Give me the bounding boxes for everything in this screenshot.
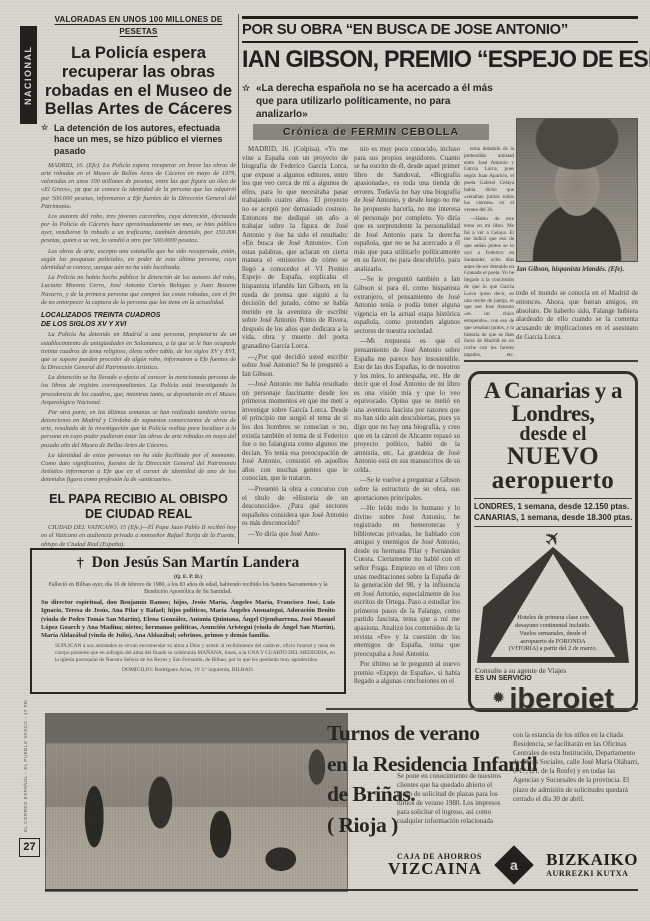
gibson-paragraph: —Se le vuelve a preguntar a Gibson sobre…: [354, 477, 460, 503]
caja-diamond-logo-icon: a: [494, 845, 534, 885]
gibson-standfirst-text: «La derecha española no se ha acercado a…: [256, 83, 493, 120]
caja-logo-line2: VIZCAINA: [388, 861, 482, 877]
police-paragraph: Las obras de arte, excepto una estatuill…: [41, 248, 236, 273]
iberojet-ad: A Canarias y a Londres, desde el NUEVO a…: [468, 371, 638, 712]
brinas-body-column-1: Se pone en conocimiento de nuestros clie…: [397, 772, 507, 827]
iberojet-prices: LONDRES, 1 semana, desde 12.150 ptas. CA…: [474, 498, 632, 527]
brinas-body-column-2: con la estancia de los niños en la citad…: [513, 731, 639, 804]
gibson-column-1: MADRID, 16. (Colpisa). «Yo me vine a Esp…: [242, 146, 348, 540]
gibson-kicker-rule: [242, 41, 638, 43]
obituary-title: † Don Jesús San Martín Landera: [41, 555, 335, 572]
star-icon: ☆: [41, 123, 48, 133]
obituary-box: † Don Jesús San Martín Landera (Q. E. P.…: [30, 548, 346, 694]
brinas-top-rule: [326, 708, 638, 710]
caja-vizcaina-logo: CAJA DE AHORROS VIZCAINA: [388, 852, 482, 877]
column-divider-rule: [238, 14, 239, 544]
price-londres: LONDRES, 1 semana, desde 12.150 ptas.: [474, 501, 632, 513]
gibson-paragraph: nio es muy poco conocido, incluso para s…: [354, 146, 460, 274]
police-paragraph: Por otra parte, en las últimas semanas s…: [41, 409, 236, 450]
iberojet-hotel-text: Hoteles de primera clase con desayuno co…: [508, 614, 598, 653]
page-bottom-rule: [45, 889, 638, 891]
iberojet-headline-line: A Canarias y a: [484, 380, 622, 403]
gibson-headline: IAN GIBSON, PREMIO “ESPEJO DE ESPAÑA”: [242, 46, 626, 74]
bizkaiko-logo: BIZKAIKO AURREZKI KUTXA: [546, 852, 638, 877]
police-standfirst-text: La detención de los autores, efectuada h…: [54, 123, 223, 156]
pope-body: CIUDAD DEL VATICANO, 15 (Efe.)—El Papa J…: [41, 524, 236, 549]
gibson-top-rule: [242, 16, 638, 19]
obituary-family: Su director espiritual, don Benjamín Ram…: [41, 599, 335, 640]
gibson-photo: [516, 118, 638, 262]
police-paragraph: MADRID, 16. (Efe). La Policía espera rec…: [41, 162, 236, 211]
obituary-qepd: (Q. E. P. D.): [41, 574, 335, 580]
page-number: 27: [19, 838, 40, 857]
gibson-paragraph: —Se le preguntó también a Ian Gibson si …: [354, 276, 460, 336]
gibson-paragraph: —¿Por qué decidió usted escribir sobre J…: [242, 354, 348, 380]
gibson-kicker: POR SU OBRA “EN BUSCA DE JOSE ANTONIO”: [242, 21, 630, 38]
gibson-bottom-rule: [464, 360, 638, 362]
gibson-paragraph: —He leído todo lo humano y lo divino sob…: [354, 505, 460, 659]
pope-headline: EL PAPA RECIBIO AL OBISPO DE CIUDAD REAL: [41, 492, 236, 521]
section-tab: NACIONAL: [20, 26, 37, 124]
iberojet-headline-line: aeropuerto: [492, 469, 615, 494]
obituary-intro: Falleció en Bilbao ayer, día 16 de febre…: [41, 582, 335, 596]
gibson-column-2: nio es muy poco conocido, incluso para s…: [354, 146, 460, 700]
iberojet-headline-line: desde el: [519, 425, 586, 445]
gibson-byline-bar: Crónica de FERMIN CEBOLLA: [253, 124, 489, 140]
gibson-photo-side-text: todo el mundo se conocía en el Madrid de…: [516, 290, 638, 343]
gibson-paragraph: —Mi respuesta es que el pensamiento de J…: [354, 338, 460, 475]
star-icon: ☆: [242, 83, 250, 95]
gibson-paragraph: Por último se le preguntó al nuevo premi…: [354, 661, 460, 687]
police-crosshead-line1: LOCALIZADOS TREINTA CUADROS: [41, 312, 236, 321]
gibson-paragraph: MADRID, 16. (Colpisa). «Yo me vine a Esp…: [242, 146, 348, 352]
gibson-paragraph: —Presentó la obra a concurso con el títu…: [242, 486, 348, 529]
gibson-column-3: tema debatido de la pretendida amistad e…: [464, 146, 514, 358]
police-paragraph: La detención se ha llevado a efecto al c…: [41, 374, 236, 407]
obituary-suplican: SUPLICAN a sus amistades se sirvan encom…: [41, 643, 335, 664]
edition-vertical-text: EL CORREO ESPAÑOL - EL PUEBLO VASCO - 17…: [23, 700, 33, 832]
police-headline: La Policía espera recuperar las obras ro…: [41, 44, 236, 119]
iberojet-headline-line: Londres,: [511, 403, 594, 426]
iberojet-consult-text: Consulte a su agente de Viajes: [475, 666, 631, 675]
police-paragraph: Los autores del robo, tres jóvenes cacer…: [41, 213, 236, 246]
iberojet-service-text: ES UN SERVICIO: [475, 675, 631, 682]
runway-graphic: Hoteles de primera clase con desayuno co…: [477, 547, 629, 663]
gibson-paragraph: —José Antonio me había resultado un pers…: [242, 381, 348, 484]
gibson-standfirst: ☆ «La derecha española no se ha acercado…: [242, 82, 494, 121]
police-paragraph: La identidad de estas personas no ha sid…: [41, 452, 236, 485]
price-canarias: CANARIAS, 1 semana, desde 18.300 ptas.: [474, 512, 632, 524]
brinas-photo: [45, 713, 348, 892]
gibson-paragraph: tema debatido de la pretendida amistad e…: [464, 146, 514, 214]
police-kicker: VALORADAS EN UNOS 100 MILLONES DE PESETA…: [41, 14, 236, 38]
newspaper-page: NACIONAL EL CORREO ESPAÑOL - EL PUEBLO V…: [0, 0, 650, 921]
police-paragraph: La Policía no había hecho pública la det…: [41, 274, 236, 307]
police-crosshead-line2: DE LOS SIGLOS XV Y XVI: [41, 321, 236, 330]
obituary-name: Don Jesús San Martín Landera: [92, 554, 300, 571]
sponsor-logos: CAJA DE AHORROS VIZCAINA a BIZKAIKO AURR…: [388, 845, 638, 885]
gibson-paragraph: —Hablo de este tema en mi libro. Me fui …: [464, 216, 514, 358]
cross-icon: †: [77, 556, 84, 571]
bizkaiko-logo-line1: BIZKAIKO: [546, 852, 638, 868]
gibson-photo-caption: Ian Gibson, hispanista irlandés. (Efe).: [503, 266, 638, 275]
police-crosshead: LOCALIZADOS TREINTA CUADROS DE LOS SIGLO…: [41, 312, 236, 330]
police-paragraph: La Policía ha detenido en Madrid a una p…: [41, 331, 236, 372]
bizkaiko-logo-line2: AURREZKI KUTXA: [546, 869, 638, 878]
police-article: VALORADAS EN UNOS 100 MILLONES DE PESETA…: [41, 14, 236, 551]
obituary-address: DOMICILIO: Rodríguez Arias, 19 3.º izqui…: [41, 667, 335, 673]
sunburst-icon: ✹: [492, 691, 505, 707]
gibson-paragraph: —Yo diría que José Anto-: [242, 531, 348, 540]
police-standfirst: ☆ La detención de los autores, efectuada…: [41, 123, 236, 157]
iberojet-headline-line: NUEVO: [507, 445, 599, 470]
